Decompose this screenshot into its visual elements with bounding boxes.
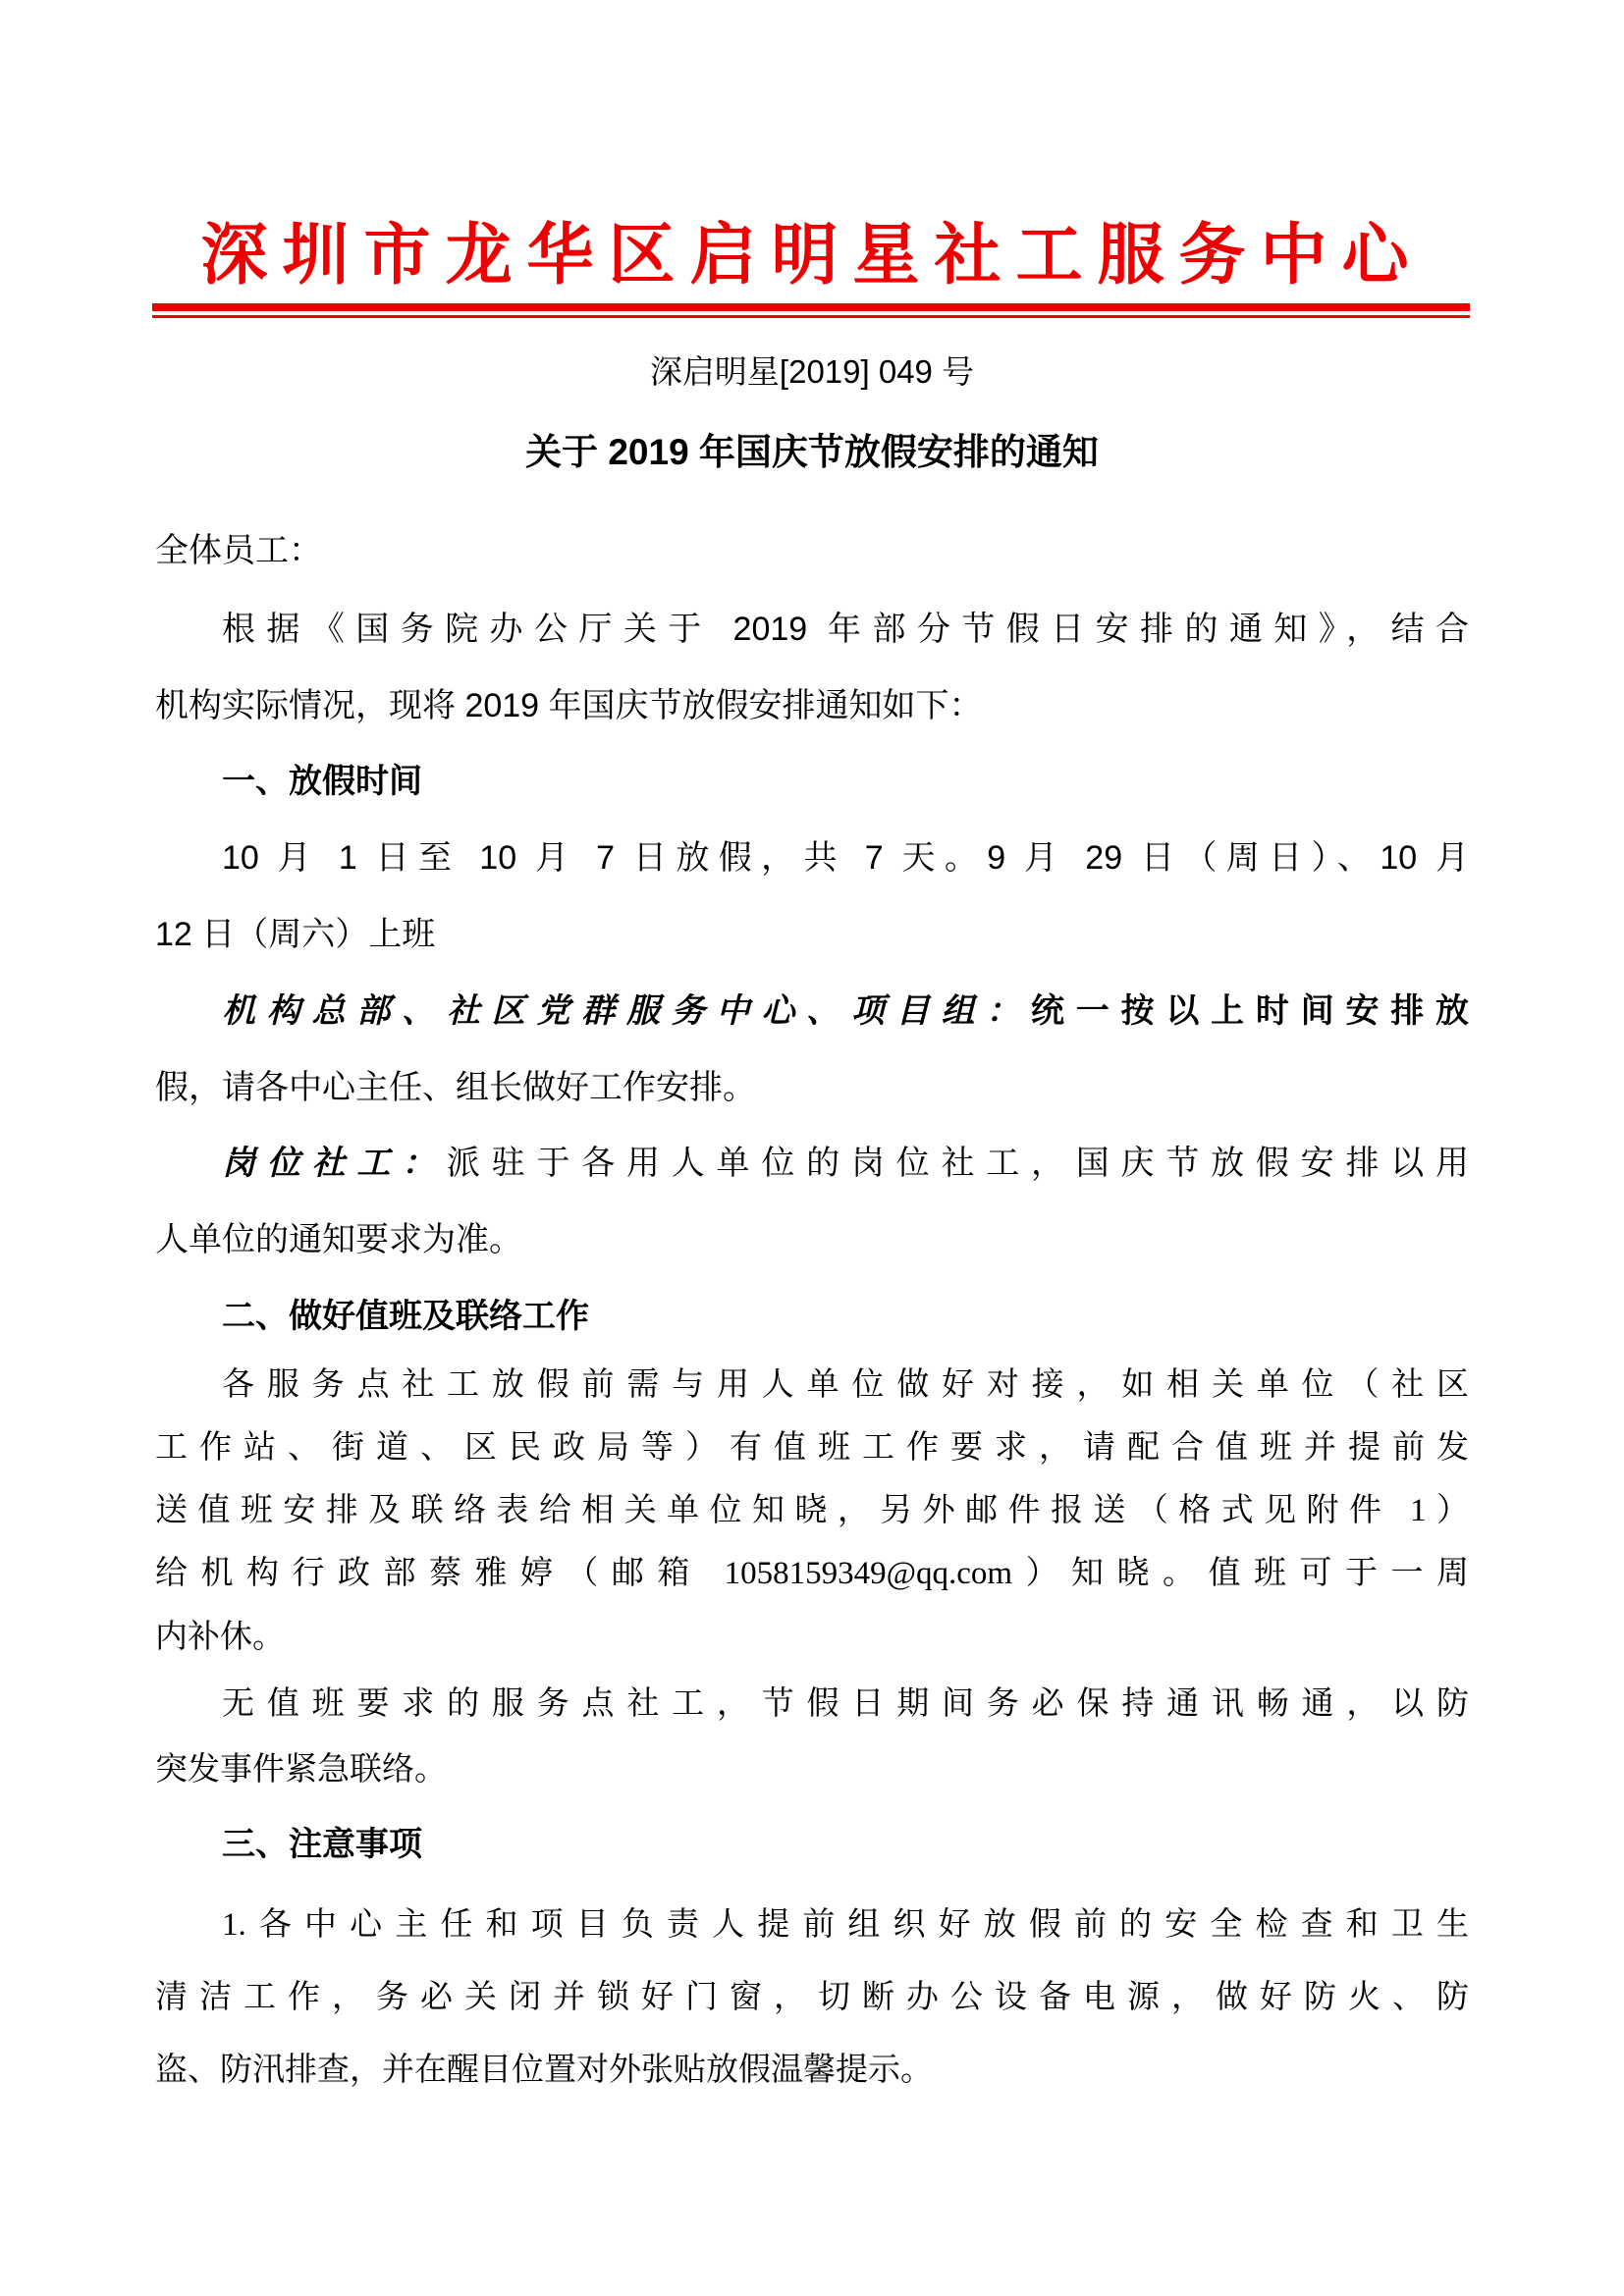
s1-p3-rest: 派驻于各用人单位的岗位社工，国庆节放假安排以用 bbox=[447, 1145, 1469, 1182]
s2-p2-line-2: 突发事件紧急联络。 bbox=[155, 1747, 1469, 1792]
s1-p3-line-1: 岗位社工：派驻于各用人单位的岗位社工，国庆节放假安排以用 bbox=[155, 1141, 1469, 1187]
s1-p3-lead: 岗位社工： bbox=[222, 1146, 447, 1182]
section1-heading: 一、放假时间 bbox=[155, 759, 1469, 804]
s2-p1-line-1: 各服务点社工放假前需与用人单位做好对接，如相关单位（社区 bbox=[155, 1362, 1469, 1408]
s1-p3-line-2: 人单位的通知要求为准。 bbox=[155, 1217, 1469, 1262]
header-rule-thin bbox=[152, 315, 1470, 318]
s3-p1-line-1: 1.各中心主任和项目负责人提前组织好放假前的安全检查和卫生 bbox=[155, 1902, 1469, 1948]
s1-p1-line-1: 10 月 1 日至 10 月 7 日放假，共 7 天。9 月 29 日（周日）、… bbox=[155, 835, 1469, 881]
s2-p1-line-5: 内补休。 bbox=[155, 1615, 1469, 1660]
s1-p2-line-1: 机构总部、社区党群服务中心、项目组：统一按以上时间安排放 bbox=[155, 988, 1469, 1035]
s2-p2-line-1: 无值班要求的服务点社工，节假日期间务必保持通讯畅通，以防 bbox=[155, 1682, 1469, 1727]
s1-p1-line-2: 12 日（周六）上班 bbox=[155, 912, 1469, 957]
s2-p1-line-3: 送值班安排及联络表给相关单位知晓，另外邮件报送（格式见附件 1） bbox=[155, 1488, 1469, 1533]
doc-title: 关于 2019 年国庆节放假安排的通知 bbox=[155, 430, 1469, 475]
s1-p2-line-2: 假，请各中心主任、组长做好工作安排。 bbox=[155, 1065, 1469, 1110]
notice-page: 深圳市龙华区启明星社工服务中心 深启明星[2019] 049 号 关于 2019… bbox=[0, 0, 1624, 2296]
doc-number: 深启明星[2019] 049 号 bbox=[155, 349, 1469, 395]
org-title: 深圳市龙华区启明星社工服务中心 bbox=[155, 202, 1469, 297]
intro-line-2: 机构实际情况，现将 2019 年国庆节放假安排通知如下： bbox=[155, 683, 1469, 728]
section3-heading: 三、注意事项 bbox=[155, 1822, 1469, 1867]
s1-p2-rest: 统一按以上时间安排放 bbox=[1031, 992, 1469, 1030]
s3-p1-line-3: 盗、防汛排查，并在醒目位置对外张贴放假温馨提示。 bbox=[155, 2048, 1469, 2093]
section2-heading: 二、做好值班及联络工作 bbox=[155, 1294, 1469, 1339]
s1-p2-lead: 机构总部、社区党群服务中心、项目组： bbox=[222, 993, 1031, 1030]
intro-line-1: 根据《国务院办公厅关于 2019 年部分节假日安排的通知》，结合 bbox=[155, 607, 1469, 652]
s2-p1-line-2: 工作站、街道、区民政局等）有值班工作要求，请配合值班并提前发 bbox=[155, 1425, 1469, 1470]
salutation: 全体员工： bbox=[155, 528, 1469, 573]
s2-p1-line-4: 给机构行政部蔡雅婷（邮箱 1058159349@qq.com）知晓。值班可于一周 bbox=[155, 1551, 1469, 1596]
header-rule-thick bbox=[152, 303, 1470, 311]
s3-p1-line-2: 清洁工作，务必关闭并锁好门窗，切断办公设备电源，做好防火、防 bbox=[155, 1975, 1469, 2020]
